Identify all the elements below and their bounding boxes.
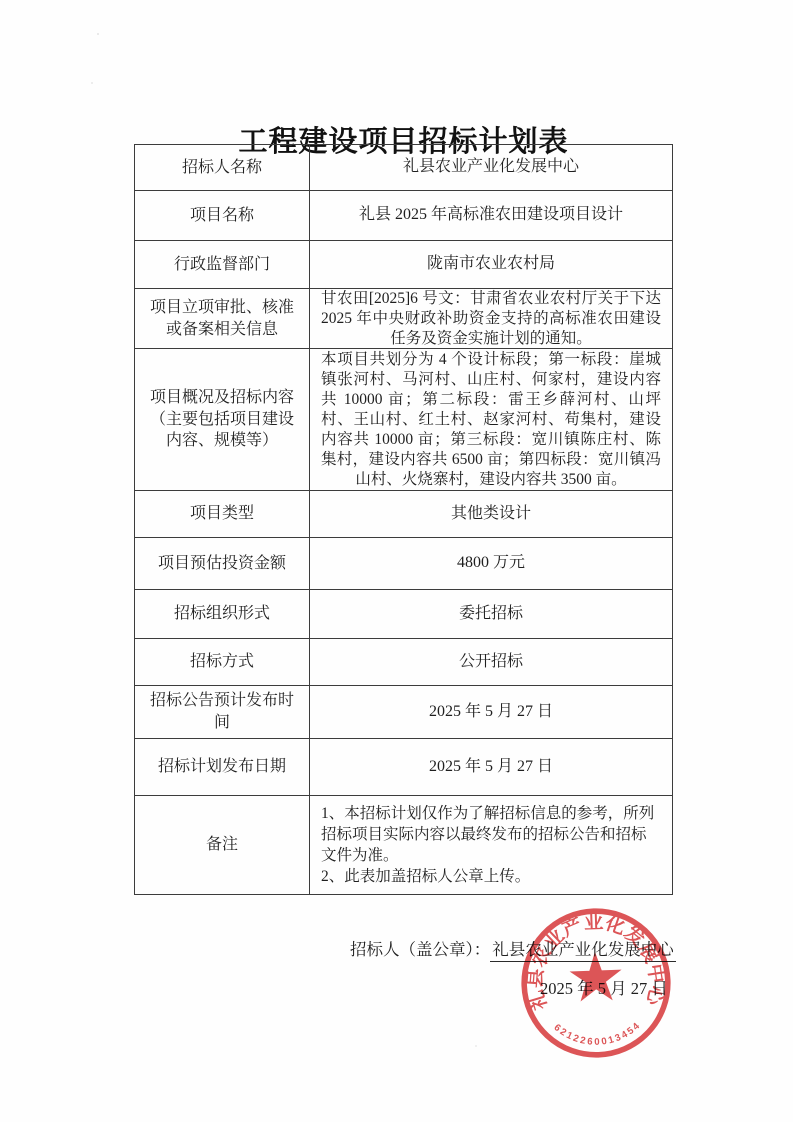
remark-line: 2、此表加盖招标人公章上传。 bbox=[321, 866, 661, 887]
row-value: 礼县农业产业化发展中心 bbox=[321, 157, 661, 178]
row-label: 项目概况及招标内容（主要包括项目建设内容、规模等） bbox=[135, 349, 310, 490]
row-value: 2025 年 5 月 27 日 bbox=[321, 702, 661, 723]
table-row-supervising-dept: 行政监督部门 陇南市农业农村局 bbox=[135, 240, 672, 288]
row-value: 本项目共划分为 4 个设计标段；第一标段：崖城镇张河村、马河村、山庄村、何家村，… bbox=[321, 350, 661, 490]
row-value: 陇南市农业农村局 bbox=[321, 254, 661, 275]
row-label: 项目类型 bbox=[135, 491, 310, 537]
row-value: 公开招标 bbox=[321, 652, 661, 673]
row-label: 招标方式 bbox=[135, 639, 310, 685]
bidding-plan-table: 招标人名称 礼县农业产业化发展中心 项目名称 礼县 2025 年高标准农田建设项… bbox=[134, 144, 673, 895]
row-label: 招标人名称 bbox=[135, 145, 310, 190]
row-value: 礼县 2025 年高标准农田建设项目设计 bbox=[321, 205, 661, 226]
signer-label: 招标人（盖公章）： bbox=[350, 940, 490, 959]
row-label: 项目立项审批、核准或备案相关信息 bbox=[135, 289, 310, 348]
table-row-bidding-method: 招标方式 公开招标 bbox=[135, 638, 672, 685]
table-row-approval-info: 项目立项审批、核准或备案相关信息 甘农田[2025]6 号文：甘肃省农业农村厅关… bbox=[135, 288, 672, 348]
table-row-estimated-investment: 项目预估投资金额 4800 万元 bbox=[135, 537, 672, 589]
row-value: 委托招标 bbox=[321, 604, 661, 625]
seal-star-icon bbox=[569, 951, 623, 1002]
row-label: 招标组织形式 bbox=[135, 590, 310, 638]
row-label: 招标计划发布日期 bbox=[135, 739, 310, 795]
row-value: 甘农田[2025]6 号文：甘肃省农业农村厅关于下达 2025 年中央财政补助资… bbox=[321, 289, 661, 349]
row-label: 项目名称 bbox=[135, 191, 310, 240]
official-seal: 礼县农业产业化发展中心 6212260013454 bbox=[507, 894, 685, 1072]
table-row-org-form: 招标组织形式 委托招标 bbox=[135, 589, 672, 638]
remark-line: 1、本招标计划仅作为了解招标信息的参考，所列招标项目实际内容以最终发布的招标公告… bbox=[321, 803, 661, 866]
row-label: 项目预估投资金额 bbox=[135, 538, 310, 589]
row-label: 招标公告预计发布时间 bbox=[135, 686, 310, 738]
table-row-project-overview: 项目概况及招标内容（主要包括项目建设内容、规模等） 本项目共划分为 4 个设计标… bbox=[135, 348, 672, 490]
scan-speck bbox=[97, 33, 99, 35]
row-label: 备注 bbox=[135, 796, 310, 894]
table-row-project-name: 项目名称 礼县 2025 年高标准农田建设项目设计 bbox=[135, 190, 672, 240]
table-row-project-type: 项目类型 其他类设计 bbox=[135, 490, 672, 537]
scan-speck bbox=[91, 82, 93, 84]
table-row-plan-publish-date: 招标计划发布日期 2025 年 5 月 27 日 bbox=[135, 738, 672, 795]
table-row-announcement-date: 招标公告预计发布时间 2025 年 5 月 27 日 bbox=[135, 685, 672, 738]
row-value: 1、本招标计划仅作为了解招标信息的参考，所列招标项目实际内容以最终发布的招标公告… bbox=[321, 803, 661, 887]
row-value: 2025 年 5 月 27 日 bbox=[321, 757, 661, 778]
scan-speck bbox=[475, 1045, 477, 1047]
table-row-bidder-name: 招标人名称 礼县农业产业化发展中心 bbox=[135, 145, 672, 190]
scanned-document-page: { "page": { "title": "工程建设项目招标计划表" }, "t… bbox=[0, 0, 793, 1122]
row-label: 行政监督部门 bbox=[135, 241, 310, 288]
table-row-remarks: 备注 1、本招标计划仅作为了解招标信息的参考，所列招标项目实际内容以最终发布的招… bbox=[135, 795, 672, 894]
row-value: 其他类设计 bbox=[321, 504, 661, 525]
row-value: 4800 万元 bbox=[321, 553, 661, 574]
